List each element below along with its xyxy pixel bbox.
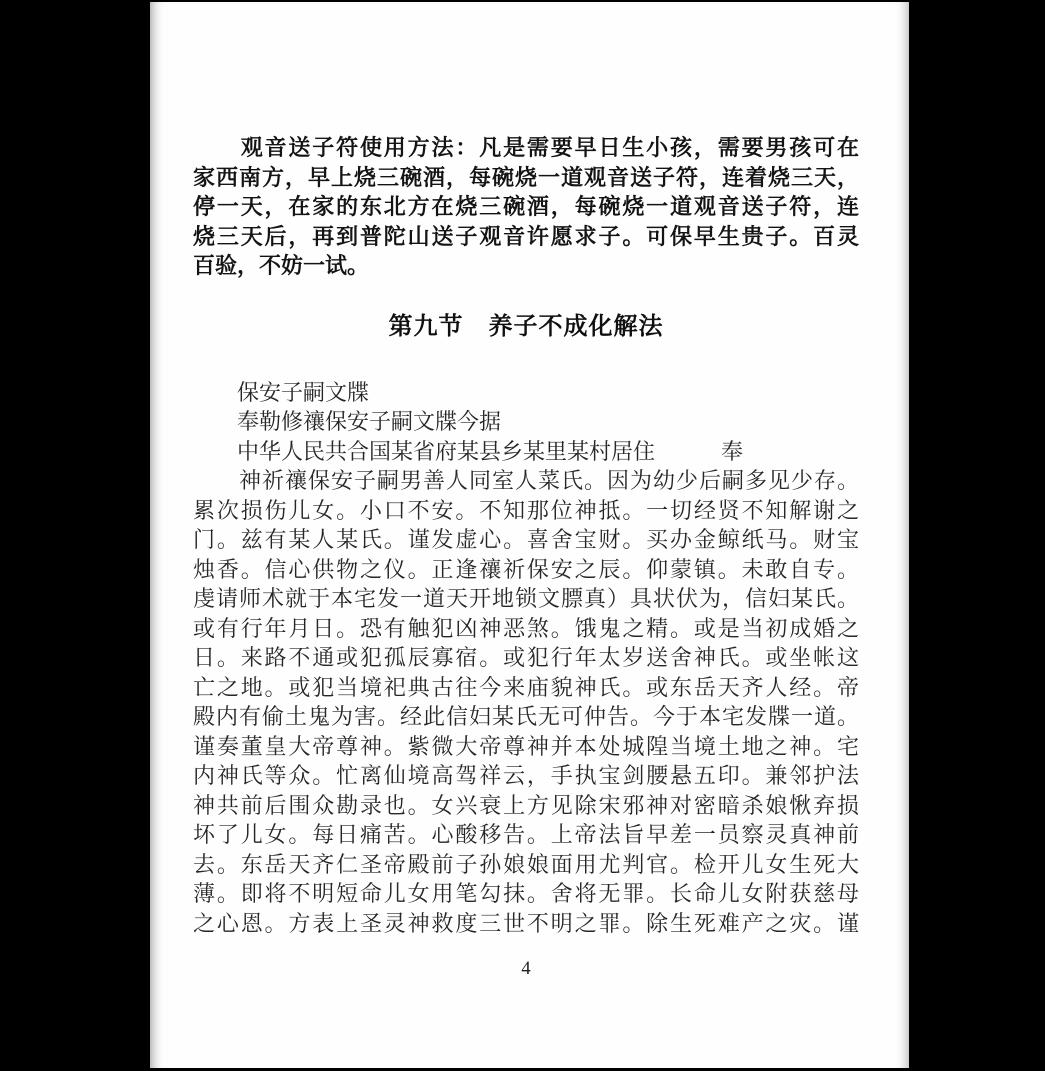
- text-line: 谨奏董皇大帝尊神。紫微大帝尊神并本处城隍当境土地之神。宅: [193, 732, 859, 762]
- intro-paragraph: 观音送子符使用方法：凡是需要早日生小孩，需要男孩可在家西南方，早上烧三碗酒，每碗…: [193, 133, 859, 281]
- scan-black-border-right: [909, 0, 1045, 1071]
- page-number: 4: [193, 959, 859, 979]
- text-line: 神共前后围众勘录也。女兴衰上方见除宋邪神对密暗杀娘愀弃损: [193, 791, 859, 821]
- text-line: 家西南方，早上烧三碗酒，每碗烧一道观音送子符，连着烧三天，: [193, 163, 859, 193]
- text-line: 奉勒修禳保安子嗣文牒今据: [193, 407, 859, 437]
- talisman-document-text: 保安子嗣文牒 奉勒修禳保安子嗣文牒今据 中华人民共合国某省府某县乡某里某村居住 …: [193, 378, 859, 939]
- book-scan: 观音送子符使用方法：凡是需要早日生小孩，需要男孩可在家西南方，早上烧三碗酒，每碗…: [0, 0, 1045, 1071]
- book-page: 观音送子符使用方法：凡是需要早日生小孩，需要男孩可在家西南方，早上烧三碗酒，每碗…: [150, 0, 909, 1071]
- scan-edge-top: [150, 0, 909, 2]
- text-line: 日。来路不通或犯孤辰寡宿。或犯行年太岁送舍神氏。或坐帐这: [193, 643, 859, 673]
- text-line: 保安子嗣文牒: [193, 378, 859, 408]
- page-content: 观音送子符使用方法：凡是需要早日生小孩，需要男孩可在家西南方，早上烧三碗酒，每碗…: [150, 0, 909, 979]
- text-line: 殿内有偷土鬼为害。经此信妇某氏无可仲告。今于本宅发牒一道。: [193, 702, 859, 732]
- text-line: 神祈禳保安子嗣男善人同室人菜氏。因为幼少后嗣多见少存。: [193, 466, 859, 496]
- text-line: 去。东岳天齐仁圣帝殿前子孙娘娘面用尤判官。检开儿女生死大: [193, 850, 859, 880]
- text-line: 烛香。信心供物之仪。正逢禳祈保安之辰。仰蒙镇。未敢自专。: [193, 555, 859, 585]
- text-line: 中华人民共合国某省府某县乡某里某村居住 奉: [193, 437, 859, 467]
- scan-black-border-left: [0, 0, 150, 1071]
- text-line: 门。兹有某人某氏。谨发虚心。喜舍宝财。买办金鲸纸马。财宝: [193, 525, 859, 555]
- text-line: 停一天，在家的东北方在烧三碗酒，每碗烧一道观音送子符，连: [193, 192, 859, 222]
- text-line: 烧三天后，再到普陀山送子观音许愿求子。可保早生贵子。百灵: [193, 222, 859, 252]
- text-line: 累次损伤儿女。小口不安。不知那位神抵。一切经贤不知解谢之: [193, 496, 859, 526]
- text-line: 或有行年月日。恐有触犯凶神恶煞。饿鬼之精。或是当初成婚之: [193, 614, 859, 644]
- text-line: 百验，不妨一试。: [193, 251, 859, 281]
- text-line: 薄。即将不明短命儿女用笔勾抹。舍将无罪。长命儿女附获慈母: [193, 879, 859, 909]
- text-line: 内神氏等众。忙离仙境高驾祥云，手执宝剑腰悬五印。兼邻护法: [193, 761, 859, 791]
- text-line: 观音送子符使用方法：凡是需要早日生小孩，需要男孩可在: [193, 133, 859, 163]
- section-heading: 第九节 养子不成化解法: [193, 307, 859, 347]
- text-line: 亡之地。或犯当境祀典古往今来庙貌神氏。或东岳天齐人经。帝: [193, 673, 859, 703]
- text-line: 之心恩。方表上圣灵神救度三世不明之罪。除生死难产之灾。谨: [193, 909, 859, 939]
- text-line: 坏了儿女。每日痛苦。心酸移告。上帝法旨早差一员察灵真神前: [193, 820, 859, 850]
- text-line: 虔请师术就于本宅发一道天开地锁文膘真）具状伏为，信妇某氏。: [193, 584, 859, 614]
